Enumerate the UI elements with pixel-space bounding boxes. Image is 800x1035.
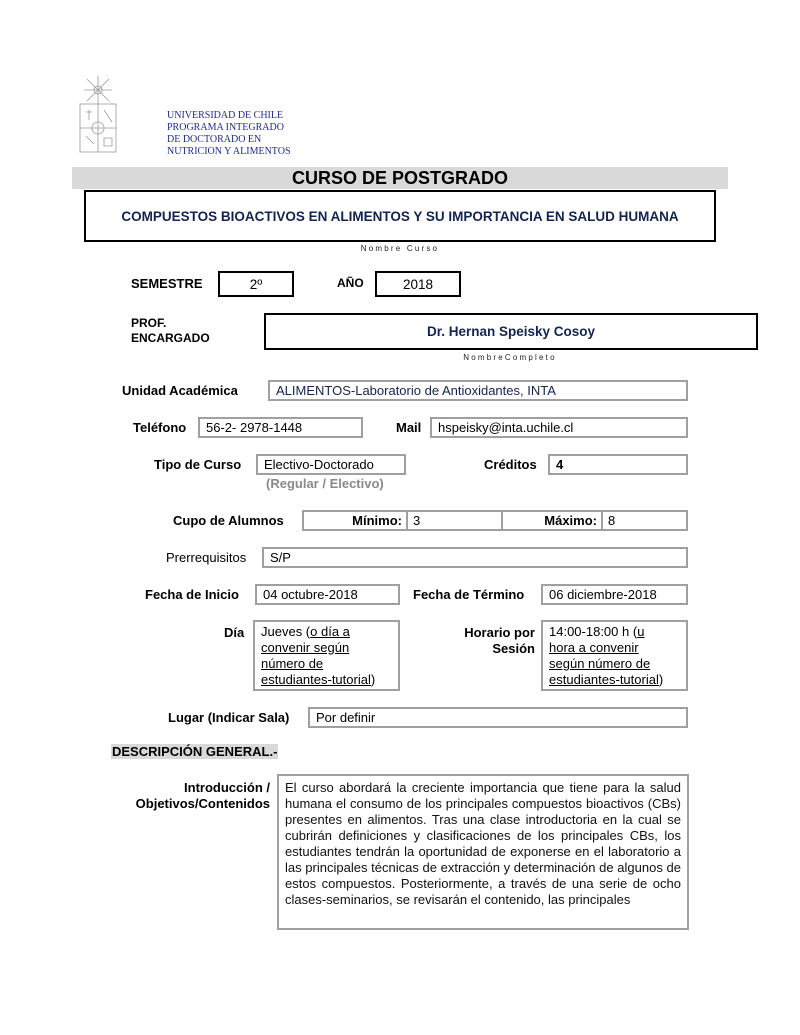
professor-field[interactable]: Dr. Hernan Speisky Cosoy	[264, 313, 758, 350]
fecha-termino-label: Fecha de Término	[413, 587, 524, 602]
dia-value-underlined: o día a	[310, 624, 350, 639]
horario-value: 14:00-18:00 h (	[549, 624, 637, 639]
cupo-min-field[interactable]: 3	[408, 512, 503, 529]
lugar-field[interactable]: Por definir	[308, 707, 688, 728]
descripcion-label-line1: Introducción /	[110, 780, 270, 796]
horario-value-underlined: hora a convenir	[549, 640, 639, 655]
lugar-label: Lugar (Indicar Sala)	[168, 710, 289, 725]
cupo-label: Cupo de Alumnos	[173, 513, 284, 528]
cupo-min-label: Mínimo:	[304, 512, 408, 529]
fecha-inicio-label: Fecha de Inicio	[145, 587, 239, 602]
tipo-curso-label: Tipo de Curso	[154, 457, 241, 472]
telefono-field[interactable]: 56-2- 2978-1448	[198, 417, 363, 438]
descripcion-label: Introducción / Objetivos/Contenidos	[110, 780, 270, 812]
prerrequisitos-field[interactable]: S/P	[262, 547, 688, 568]
year-field[interactable]: 2018	[375, 271, 461, 297]
institution-name: UNIVERSIDAD DE CHILE PROGRAMA INTEGRADO …	[167, 110, 291, 158]
horario-value-underlined: estudiantes-tutorial	[549, 672, 659, 687]
mail-label: Mail	[396, 420, 421, 435]
fecha-inicio-field[interactable]: 04 octubre-2018	[255, 584, 400, 605]
dia-field[interactable]: Jueves (o día a convenir según número de…	[253, 620, 400, 691]
horario-value-underlined: según número de	[549, 656, 650, 671]
semester-field[interactable]: 2º	[218, 271, 294, 297]
horario-value-close: )	[659, 672, 663, 687]
dia-value-underlined: número de	[261, 656, 323, 671]
creditos-label: Créditos	[484, 457, 537, 472]
dia-label: Día	[224, 625, 244, 640]
dia-value-close: )	[371, 672, 375, 687]
creditos-field[interactable]: 4	[548, 454, 688, 475]
mail-field[interactable]: hspeisky@inta.uchile.cl	[430, 417, 688, 438]
course-name-caption: Nombre Curso	[300, 244, 500, 253]
cupo-max-field[interactable]: 8	[603, 512, 686, 529]
professor-label: PROF. ENCARGADO	[131, 316, 210, 346]
university-crest-icon	[78, 76, 118, 154]
professor-label-line2: ENCARGADO	[131, 331, 210, 346]
year-label: AÑO	[337, 276, 364, 290]
tipo-curso-field[interactable]: Electivo-Doctorado	[256, 454, 406, 475]
semester-label: SEMESTRE	[131, 276, 203, 291]
professor-label-line1: PROF.	[131, 316, 210, 331]
horario-label-line1: Horario por	[440, 625, 535, 641]
fecha-termino-field[interactable]: 06 diciembre-2018	[541, 584, 688, 605]
unidad-field[interactable]: ALIMENTOS-Laboratorio de Antioxidantes, …	[268, 380, 688, 401]
horario-value-underlined: u	[637, 624, 644, 639]
course-name: COMPUESTOS BIOACTIVOS EN ALIMENTOS Y SU …	[84, 190, 716, 242]
prerrequisitos-label: Prerrequisitos	[166, 550, 246, 565]
unidad-label: Unidad Académica	[122, 383, 238, 398]
banner-title: CURSO DE POSTGRADO	[72, 167, 728, 189]
descripcion-section-title: DESCRIPCIÓN GENERAL.-	[111, 744, 278, 759]
horario-label: Horario por Sesión	[440, 625, 535, 657]
descripcion-field[interactable]: El curso abordará la creciente importanc…	[277, 774, 689, 930]
cupo-max-label: Máximo:	[503, 512, 603, 529]
horario-label-line2: Sesión	[440, 641, 535, 657]
horario-field[interactable]: 14:00-18:00 h (u hora a convenir según n…	[541, 620, 688, 691]
telefono-label: Teléfono	[133, 420, 186, 435]
tipo-curso-hint: (Regular / Electivo)	[266, 476, 384, 491]
dia-value: Jueves (	[261, 624, 310, 639]
professor-caption: NombreCompleto	[410, 353, 610, 362]
dia-value-underlined: estudiantes-tutorial	[261, 672, 371, 687]
cupo-table: Mínimo: 3 Máximo: 8	[302, 510, 688, 531]
dia-value-underlined: convenir según	[261, 640, 349, 655]
descripcion-label-line2: Objetivos/Contenidos	[110, 796, 270, 812]
